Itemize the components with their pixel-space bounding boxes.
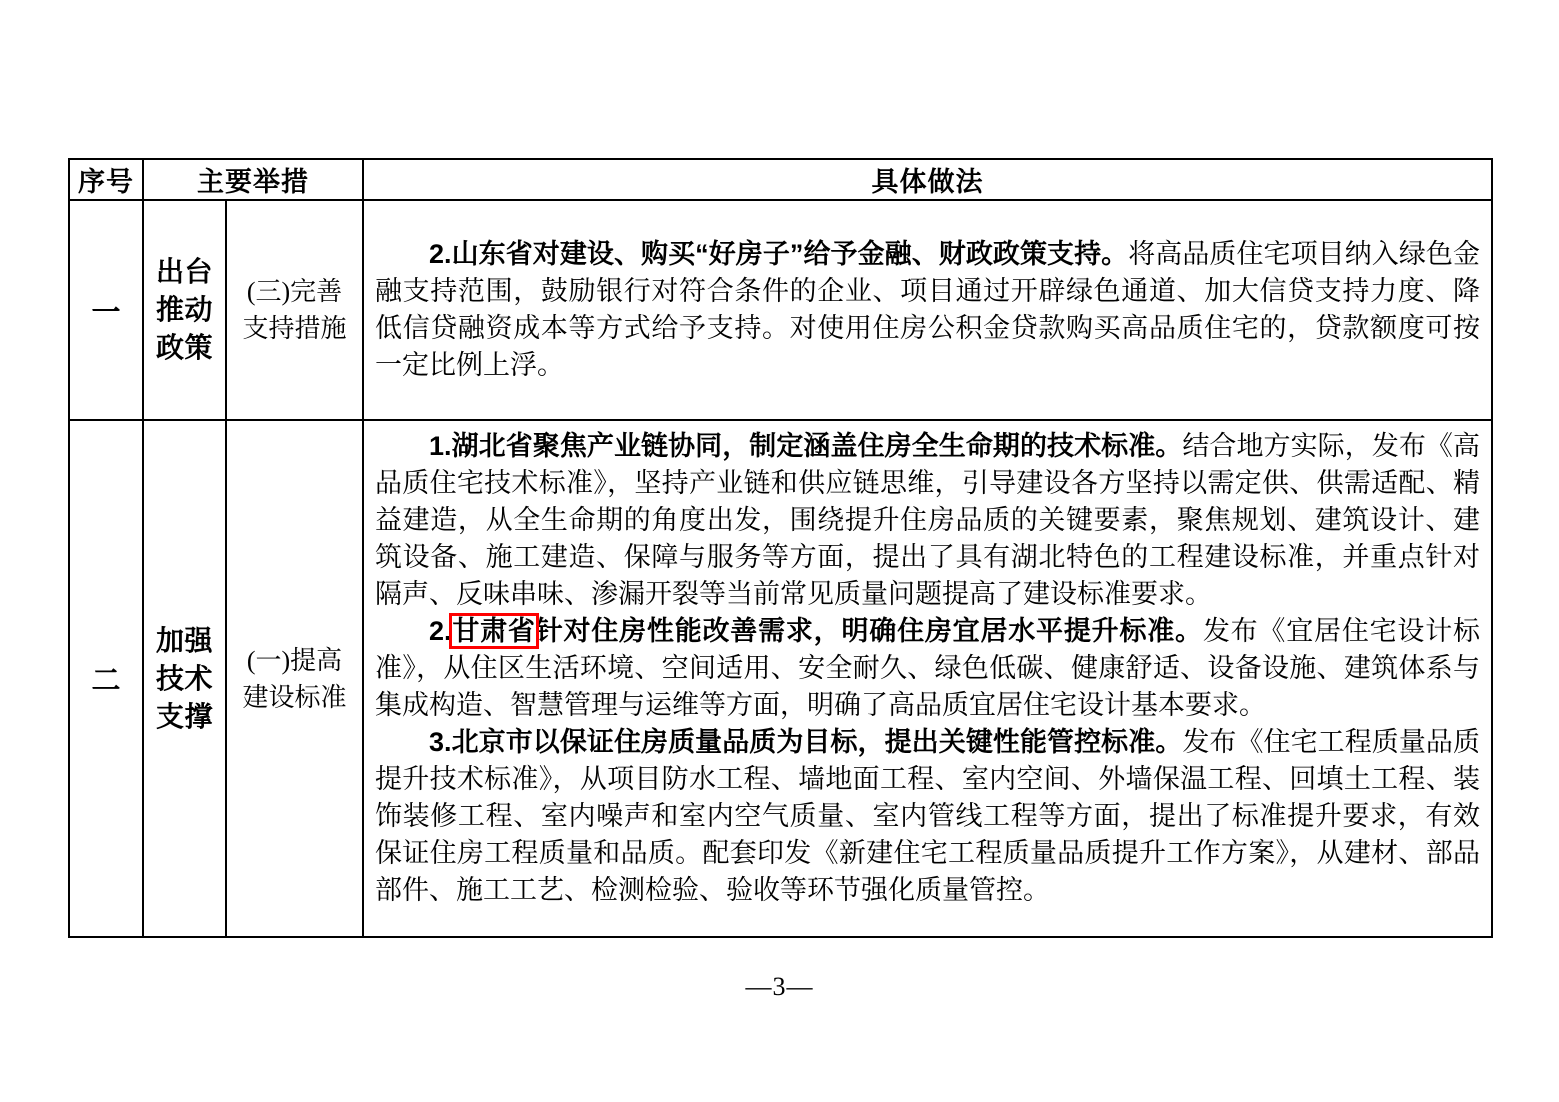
paragraph-lead: 3.北京市以保证住房质量品质为目标，提出关键性能管控标准。 (429, 727, 1182, 757)
measures-table: 序号 主要举措 具体做法 一 出台推动政策 (三)完善支持措施 2.山东省对建设… (68, 158, 1493, 938)
document-page: 序号 主要举措 具体做法 一 出台推动政策 (三)完善支持措施 2.山东省对建设… (0, 0, 1559, 1102)
row1-practices-cell: 2.山东省对建设、购买“好房子”给予金融、财政政策支持。将高品质住宅项目纳入绿色… (363, 200, 1492, 420)
table-header-row: 序号 主要举措 具体做法 (69, 159, 1492, 200)
row2-sub-measure: (一)提高建设标准 (226, 420, 363, 937)
paragraph: 2.山东省对建设、购买“好房子”给予金融、财政政策支持。将高品质住宅项目纳入绿色… (375, 236, 1480, 384)
header-col-practices: 具体做法 (363, 159, 1492, 200)
page-number: —3— (0, 972, 1559, 1002)
paragraph-lead: 1.湖北省聚焦产业链协同，制定涵盖住房全生命期的技术标准。 (429, 431, 1182, 461)
paragraph-lead-suffix: 针对住房性能改善需求，明确住房宜居水平提升标准。 (536, 616, 1203, 646)
paragraph-lead: 2.山东省对建设、购买“好房子”给予金融、财政政策支持。 (429, 239, 1128, 269)
row1-measure: 出台推动政策 (143, 200, 226, 420)
row1-sub-measure: (三)完善支持措施 (226, 200, 363, 420)
row2-index: 二 (69, 420, 143, 937)
header-col-index: 序号 (69, 159, 143, 200)
row1-index: 一 (69, 200, 143, 420)
paragraph: 2.甘肃省针对住房性能改善需求，明确住房宜居水平提升标准。发布《宜居住宅设计标准… (375, 613, 1480, 724)
highlight-box: 甘肃省 (452, 616, 536, 646)
paragraph-lead-prefix: 2. (429, 616, 452, 646)
header-col-measures: 主要举措 (143, 159, 363, 200)
table-row-1: 一 出台推动政策 (三)完善支持措施 2.山东省对建设、购买“好房子”给予金融、… (69, 200, 1492, 420)
row2-practices-cell: 1.湖北省聚焦产业链协同，制定涵盖住房全生命期的技术标准。结合地方实际，发布《高… (363, 420, 1492, 937)
row2-measure: 加强技术支撑 (143, 420, 226, 937)
paragraph: 3.北京市以保证住房质量品质为目标，提出关键性能管控标准。发布《住宅工程质量品质… (375, 724, 1480, 909)
table-row-2: 二 加强技术支撑 (一)提高建设标准 1.湖北省聚焦产业链协同，制定涵盖住房全生… (69, 420, 1492, 937)
paragraph: 1.湖北省聚焦产业链协同，制定涵盖住房全生命期的技术标准。结合地方实际，发布《高… (375, 428, 1480, 613)
